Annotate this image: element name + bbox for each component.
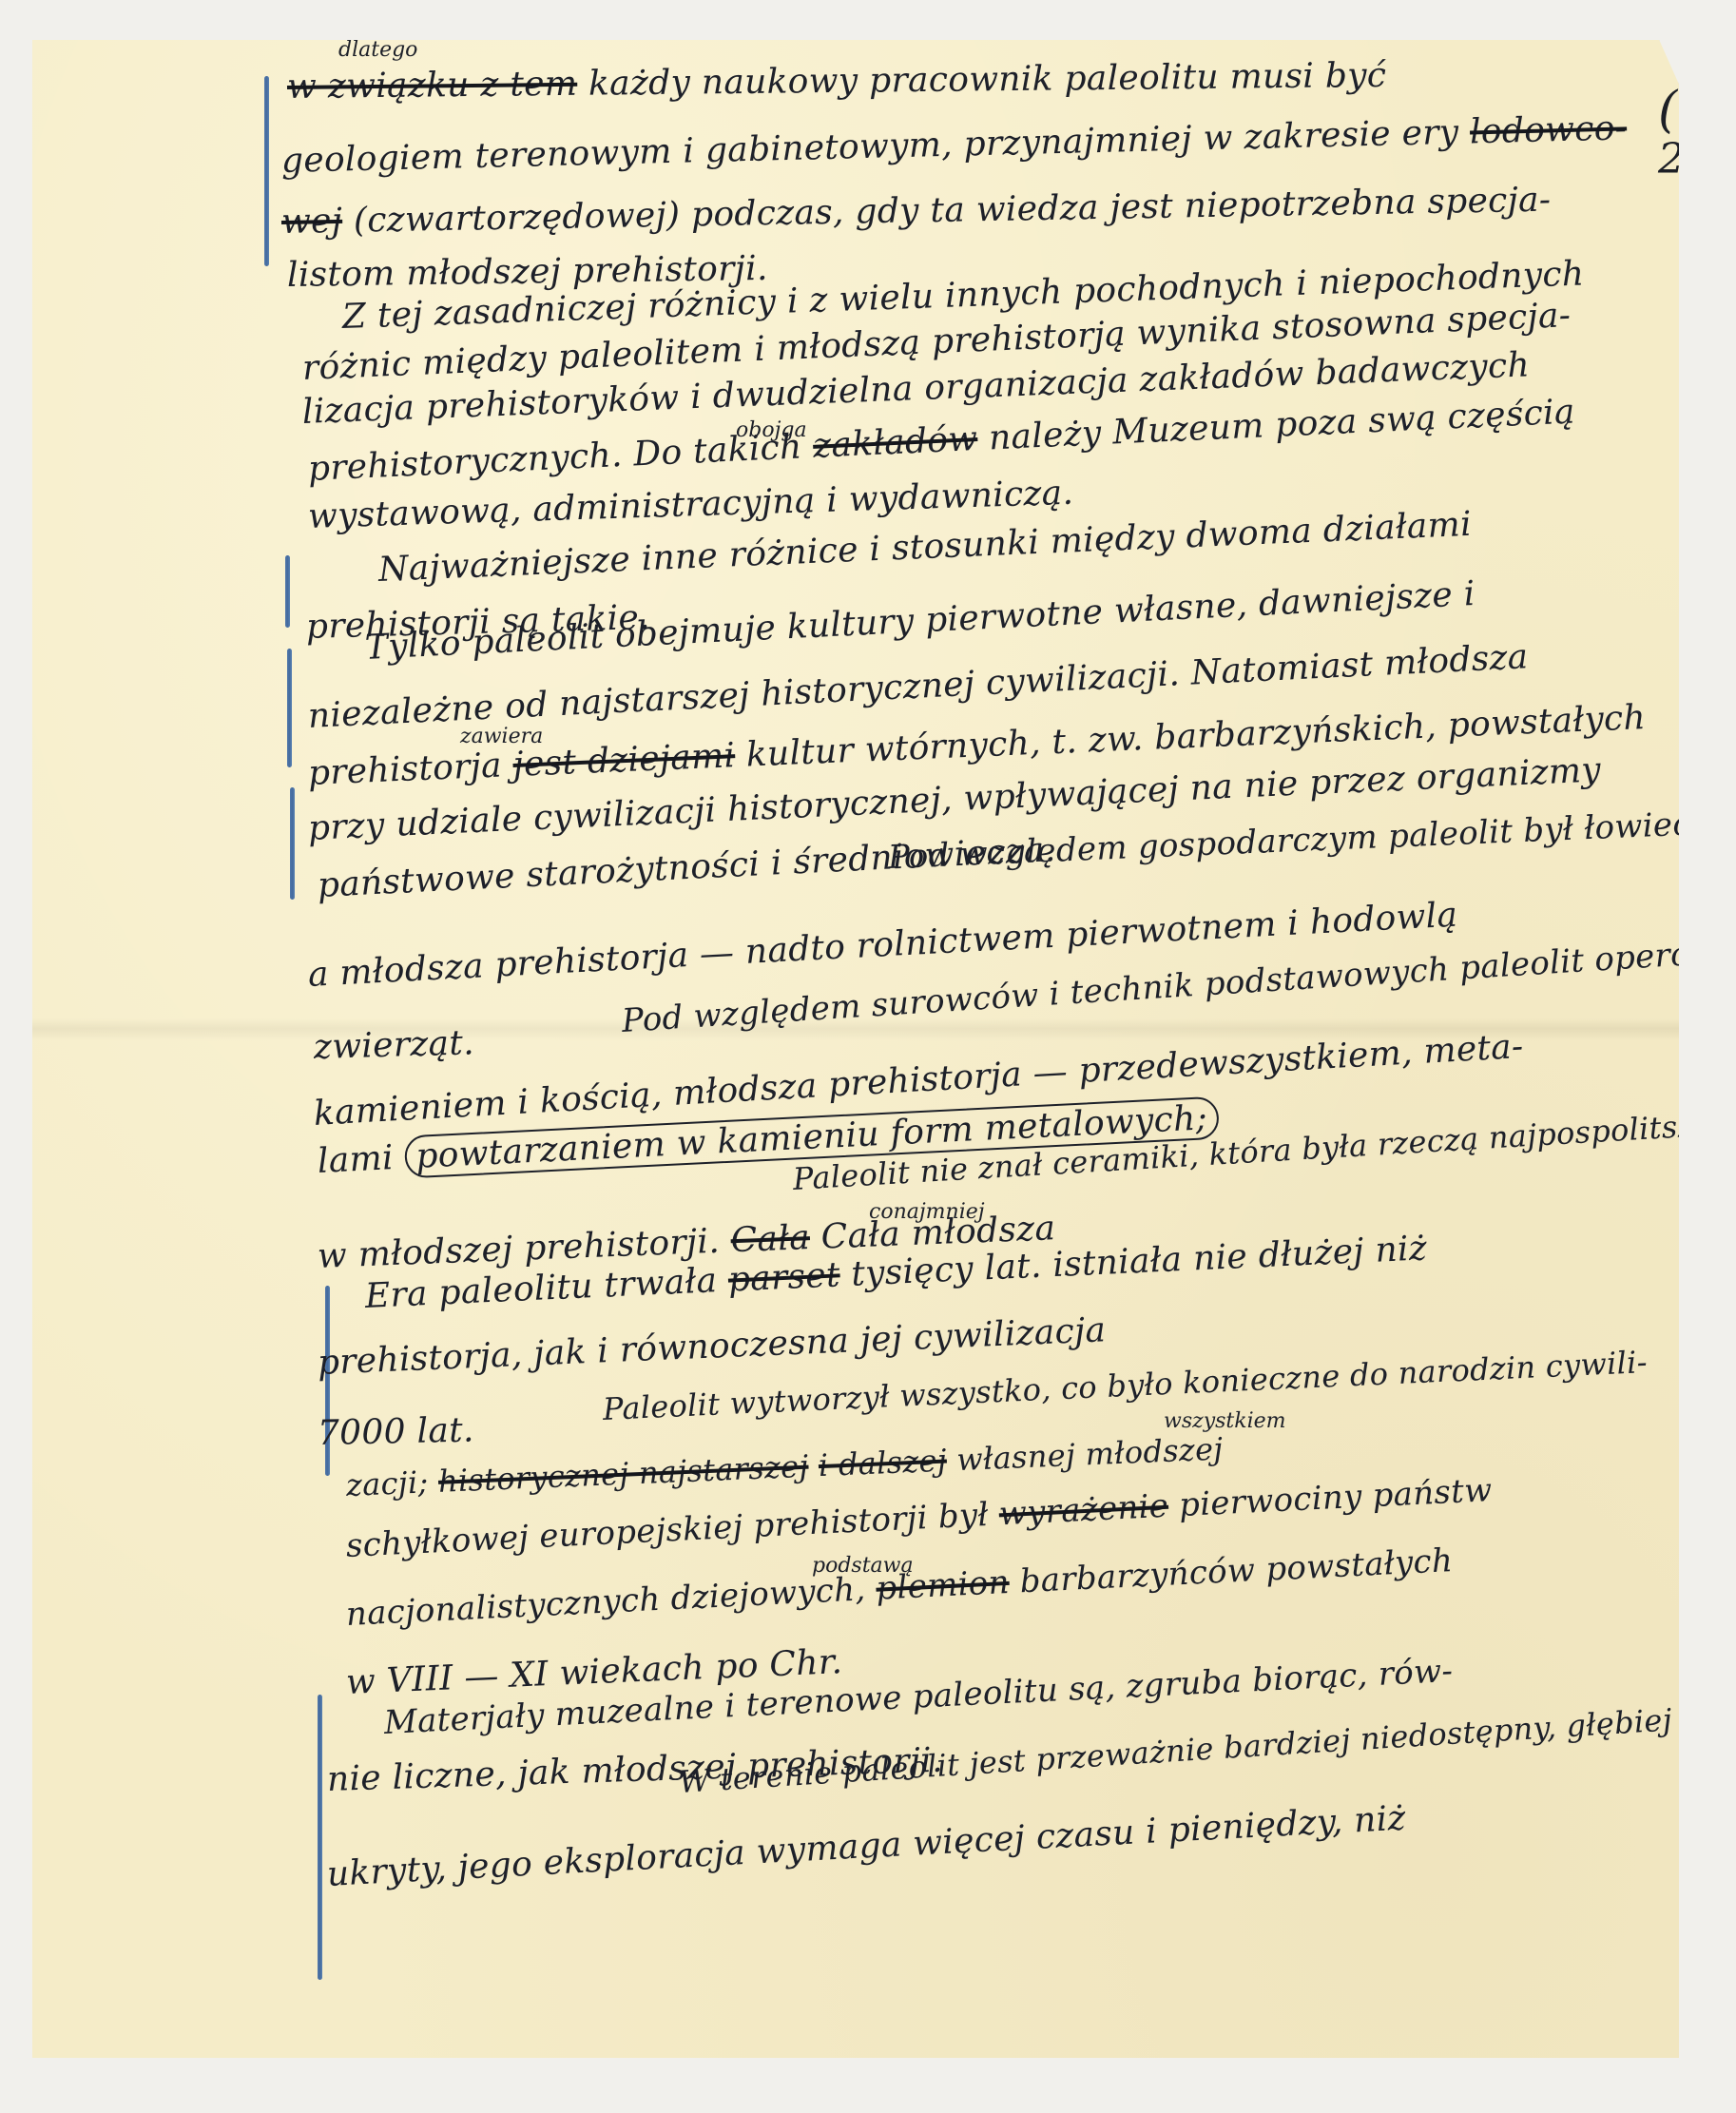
struck-text: wej [281, 202, 343, 242]
line-text: nacjonalistycznych dziejowych, [345, 1570, 866, 1634]
line-text: każdy naukowy pracownik paleolitu musi b… [588, 56, 1387, 104]
line-text: ukryty, jego eksploracja wymaga więcej c… [326, 1799, 1407, 1894]
insertion-above: dlatego [338, 38, 417, 62]
line-text: lami [317, 1138, 395, 1181]
insertion-above: wszystkiem [1164, 1409, 1286, 1433]
line-text: prehistorja [307, 746, 503, 793]
struck-text: Cała [730, 1218, 811, 1260]
manuscript-line: w związku z tem każdy naukowy pracownik … [287, 57, 1387, 107]
line-text: geologiem terenowym i gabinetowym, przyn… [280, 113, 1458, 181]
struck-text: w związku z tem [287, 65, 578, 107]
line-text-after: należy Muzeum poza swą częścią [988, 393, 1575, 458]
struck-text: plemion [875, 1563, 1010, 1608]
line-text-after: pierwociny państw [1178, 1471, 1493, 1524]
manuscript-line: wej (czwartorzędowej) podczas, gdy ta wi… [281, 182, 1552, 242]
manuscript-line: ukryty, jego eksploracja wymaga więcej c… [326, 1800, 1407, 1894]
struck-text-2: i dalszej [818, 1443, 948, 1484]
line-text: (czwartorzędowej) podczas, gdy ta wiedza… [354, 181, 1552, 241]
manuscript-page: (2 dlatego w związku z tem każdy naukowy… [32, 40, 1679, 2058]
margin-mark-3 [287, 649, 292, 767]
struck-text: historycznej najstarszej [437, 1448, 809, 1500]
margin-mark-2 [285, 555, 290, 628]
struck-text: zakładów [812, 419, 978, 466]
margin-mark-4 [290, 787, 295, 900]
manuscript-line: zwierząt. [313, 1024, 474, 1067]
manuscript-line: geologiem terenowym i gabinetowym, przyn… [281, 109, 1628, 181]
page-number-bracket: ( [1658, 82, 1677, 139]
line-text: zacji; [345, 1464, 429, 1503]
struck-text: jest dziejami [512, 736, 736, 785]
insertion-above: conajmniej [869, 1200, 985, 1224]
line-text-after: własnej młodszej [956, 1430, 1225, 1478]
struck-text: parset [727, 1255, 841, 1299]
margin-mark-1 [264, 76, 269, 266]
page-number: (2 [1658, 78, 1685, 184]
line-text: prehistorycznych. Do takich [307, 427, 802, 489]
margin-mark-6 [318, 1695, 322, 1980]
line-text: 7000 lat. [318, 1411, 474, 1453]
line-text: zwierząt. [313, 1023, 474, 1067]
struck-text: wyrażenie [998, 1487, 1169, 1534]
line-text-after: barbarzyńców powstałych [1019, 1541, 1454, 1600]
manuscript-line: 7000 lat. [318, 1412, 474, 1453]
struck-text: lodowco- [1470, 108, 1628, 151]
